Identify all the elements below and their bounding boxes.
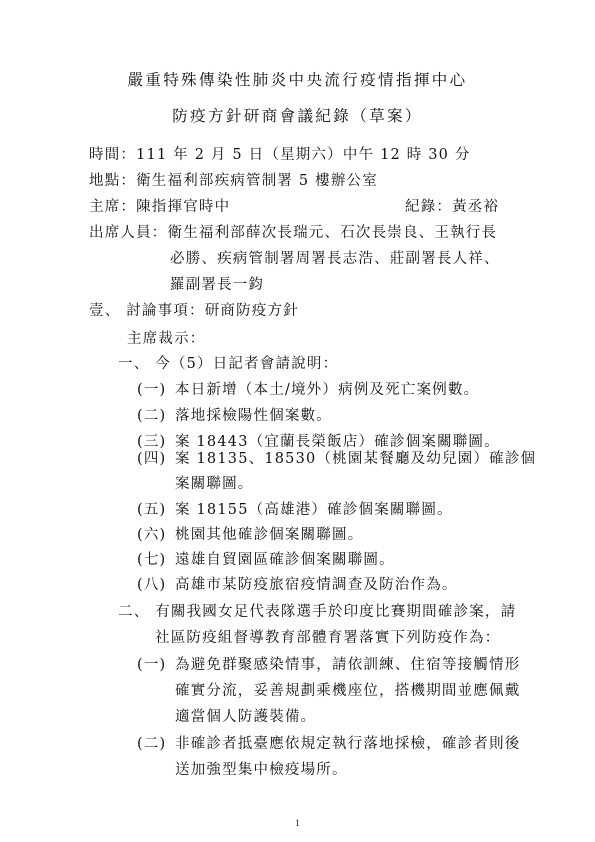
subitem-marker: (四) (137, 449, 166, 469)
subitem-marker: (二) (137, 406, 166, 426)
subitem-marker: (二) (137, 734, 166, 754)
subitem-text: 非確診者抵臺應依規定執行落地採檢，確診者則後 (175, 734, 520, 754)
subitem-marker: (五) (137, 500, 166, 520)
subitem-text-continued: 送加強型集中檢疫場所。 (175, 760, 348, 780)
item-1-heading: 一、 今（5）日記者會請說明： (118, 354, 338, 374)
document-title: 嚴重特殊傳染性肺炎中央流行疫情指揮中心 (0, 70, 595, 90)
subitem-text: 為避免群聚感染情事，請依訓練、住宿等接觸情形 (175, 655, 520, 675)
subitem-marker: (六) (137, 525, 166, 545)
subitem-marker: (一) (137, 380, 166, 400)
subitem-text: 落地採檢陽性個案數。 (175, 406, 332, 426)
subitem-text-continued: 適當個人防護裝備。 (175, 707, 316, 727)
subitem-marker: (一) (137, 655, 166, 675)
attendees-line-1: 出席人員：衛生福利部薛次長瑞元、石次長崇良、王執行長 (89, 223, 497, 243)
meeting-chair: 主席：陳指揮官時中 (89, 197, 230, 217)
subitem-text-continued: 案關聯圖。 (175, 474, 254, 494)
meeting-recorder: 紀錄：黃丞裕 (405, 197, 499, 217)
subitem-text: 高雄市某防疫旅宿疫情調查及防治作為。 (175, 575, 458, 595)
subitem-text: 案 18135、18530（桃園某餐廳及幼兒園）確診個 (175, 449, 536, 469)
subitem-marker: (八) (137, 575, 166, 595)
attendees-line-2: 必勝、疾病管制署周署長志浩、莊副署長人祥、 (170, 249, 500, 269)
subitem-text: 桃園其他確診個案關聯圖。 (175, 525, 363, 545)
page-number: 1 (0, 818, 595, 828)
chair-instruction-label: 主席裁示： (127, 329, 206, 349)
item-2-heading: 二、 有關我國女足代表隊選手於印度比賽期間確診案，請 (118, 602, 516, 622)
item-2-heading-continued: 社區防疫組督導教育部體育署落實下列防疫作為： (155, 628, 500, 648)
meeting-time: 時間：111 年 2 月 5 日（星期六）中午 12 時 30 分 (89, 145, 471, 165)
document-subtitle: 防疫方針研商會議紀錄（草案） (0, 106, 595, 126)
subitem-text-continued: 確實分流，妥善規劃乘機座位，搭機期間並應佩戴 (175, 681, 520, 701)
subitem-text: 案 18155（高雄港）確診個案關聯圖。 (175, 500, 453, 520)
subitem-text: 本日新增（本土/境外）病例及死亡案例數。 (175, 380, 479, 400)
subitem-marker: (七) (137, 550, 166, 570)
section-heading: 壹、 討論事項：研商防疫方針 (89, 301, 299, 321)
attendees-line-3: 羅副署長一鈞 (170, 275, 264, 295)
meeting-location: 地點：衛生福利部疾病管制署 5 樓辦公室 (89, 171, 378, 191)
subitem-text: 遠雄自貿園區確診個案關聯圖。 (175, 550, 395, 570)
